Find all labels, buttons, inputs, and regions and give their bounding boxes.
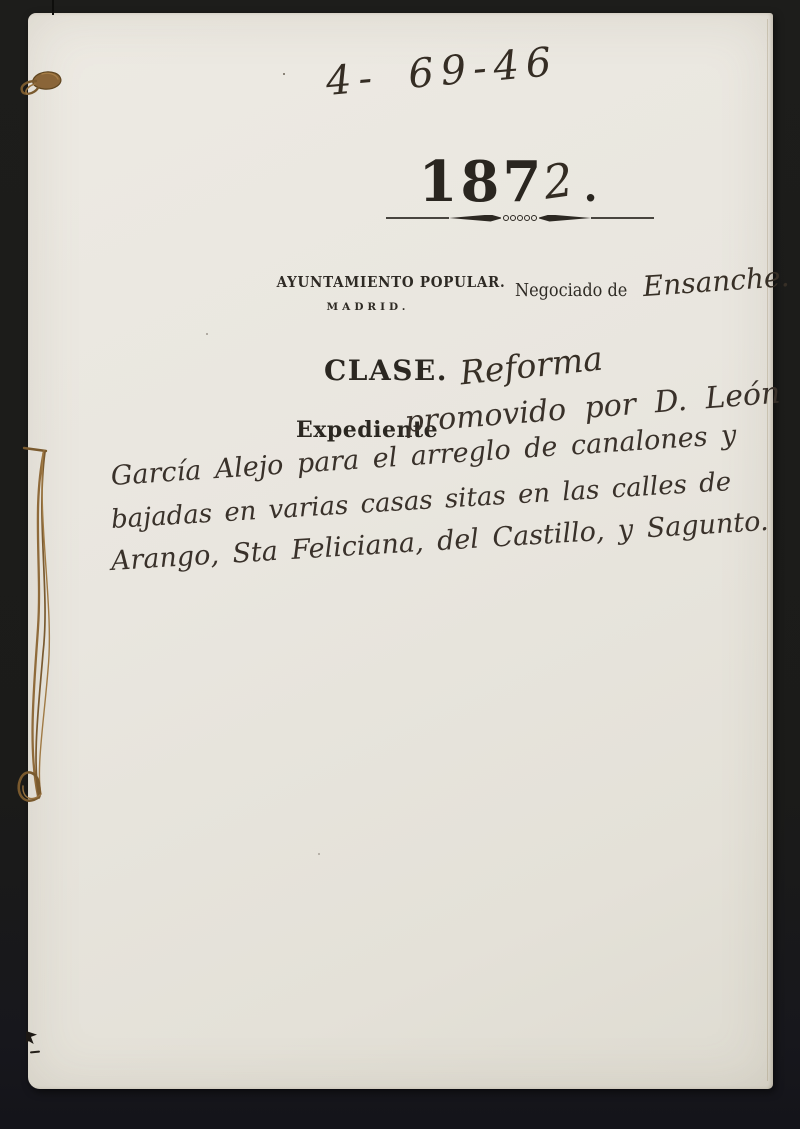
clase-line: CLASE. Reforma [324,349,603,388]
negociado-label: Negociado de [515,281,627,301]
dust-speck [588,288,590,290]
dust-speck [283,73,285,75]
org-name: AYUNTAMIENTO POPULAR. [277,274,506,291]
ornament-leaf-right [539,215,591,222]
thread-top-edge [52,0,54,15]
dust-speck [206,333,208,335]
org-city: MADRID. [268,301,468,313]
year-period: . [584,164,598,211]
clase-value-handwritten: Reforma [458,339,604,393]
scan-background: { "document": { "archive_number": "4- 69… [0,0,800,1129]
ornament-line-left [386,217,449,218]
ornament-rule [386,213,654,223]
year-handwritten: 2 [540,152,577,210]
underlying-sheet-edge [767,19,768,1081]
document-page: 4- 69-46 1872. AYUNTAMIENTO POPULAR. MAD… [28,13,773,1089]
clase-label: CLASE. [324,354,448,387]
ornament-line-right [591,217,654,218]
letterhead: AYUNTAMIENTO POPULAR. MADRID. [268,274,468,313]
ornament-leaf-left [449,215,501,222]
ornament-rings [501,215,539,221]
binding-twine [12,48,76,818]
year-printed: 187 [418,149,544,215]
archive-number-handwritten: 4- 69-46 [324,39,560,105]
negociado-value-handwritten: Ensanche. [642,260,791,303]
dust-speck [318,853,320,855]
year-line: 1872. [358,149,658,215]
negociado-line: Negociado de Ensanche. [515,270,790,303]
